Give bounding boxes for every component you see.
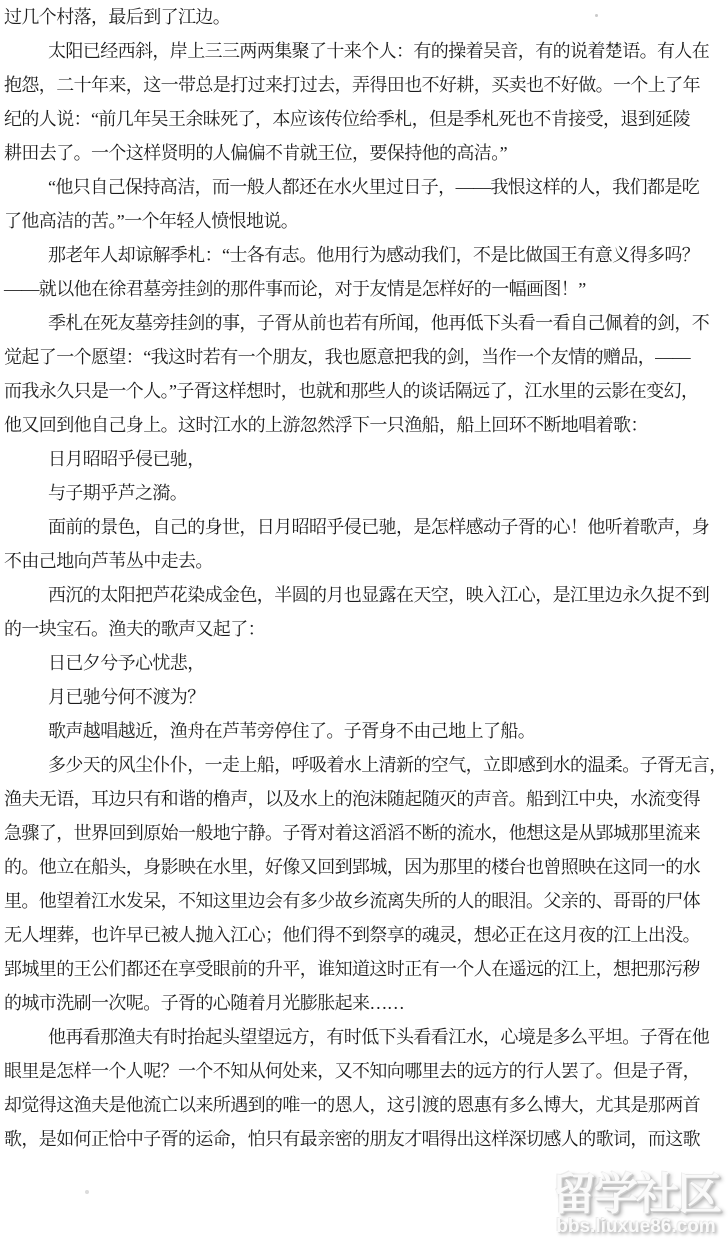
document-text: 过几个村落，最后到了江边。太阳已经西斜，岸上三三两两集聚了十来个人：有的操着吴音…: [4, 0, 728, 1156]
text-line: 了他高洁的苦。”一个年轻人愤恨地说。: [4, 204, 728, 238]
text-line: 的一块宝石。渔夫的歌声又起了：: [4, 612, 728, 646]
scan-speck: [595, 14, 598, 17]
text-line: 却觉得这渔夫是他流亡以来所遇到的唯一的恩人，这引渡的恩惠有多么博大，尤其是那两首: [4, 1088, 728, 1122]
text-line: 日月昭昭乎侵已驰，: [4, 442, 728, 476]
text-line: 里。他望着江水发呆，不知这里边会有多少故乡流离失所的人的眼泪。父亲的、哥哥的尸体: [4, 884, 728, 918]
text-line: 的城市洗刷一次呢。子胥的心随着月光膨胀起来……: [4, 986, 728, 1020]
text-line: 与子期乎芦之漪。: [4, 476, 728, 510]
text-line: 歌声越唱越近，渔舟在芦苇旁停住了。子胥身不由己地上了船。: [4, 714, 728, 748]
text-line: 太阳已经西斜，岸上三三两两集聚了十来个人：有的操着吴音，有的说着楚语。有人在: [4, 34, 728, 68]
text-line: 歌，是如何正恰中子胥的运命，怕只有最亲密的朋友才唱得出这样深切感人的歌词，而这歌: [4, 1122, 728, 1156]
text-line: 月已驰兮何不渡为？: [4, 680, 728, 714]
text-line: 抱怨，二十年来，这一带总是打过来打过去，弄得田也不好耕，买卖也不好做。一个上了年: [4, 68, 728, 102]
text-line: 的。他立在船头，身影映在水里，好像又回到郢城，因为那里的楼台也曾照映在这同一的水: [4, 850, 728, 884]
text-line: 耕田去了。一个这样贤明的人偏偏不肯就王位，要保持他的高洁。”: [4, 136, 728, 170]
text-line: 日已夕兮予心忧悲，: [4, 646, 728, 680]
text-line: 渔夫无语，耳边只有和谐的橹声，以及水上的泡沫随起随灭的声音。船到江中央，水流变得: [4, 782, 728, 816]
watermark-site-url: bbs.liuxue86.com: [552, 1216, 720, 1238]
text-line: 急骤了，世界回到原始一般地宁静。子胥对着这滔滔不断的流水，他想这是从郢城那里流来: [4, 816, 728, 850]
text-line: 面前的景色，自己的身世，日月昭昭乎侵已驰，是怎样感动子胥的心！他听着歌声，身: [4, 510, 728, 544]
text-line: 过几个村落，最后到了江边。: [4, 0, 728, 34]
watermark: 留学社区 bbs.liuxue86.com: [552, 1170, 720, 1238]
scanned-page: 过几个村落，最后到了江边。太阳已经西斜，岸上三三两两集聚了十来个人：有的操着吴音…: [0, 0, 728, 1242]
text-line: 多少天的风尘仆仆，一走上船，呼吸着水上清新的空气，立即感到水的温柔。子胥无言，: [4, 748, 728, 782]
text-line: “他只自己保持高洁，而一般人都还在水火里过日子，——我恨这样的人，我们都是吃: [4, 170, 728, 204]
text-line: 那老年人却谅解季札：“士各有志。他用行为感动我们，不是比做国王有意义得多吗？: [4, 238, 728, 272]
text-line: 不由己地向芦苇丛中走去。: [4, 544, 728, 578]
text-line: 季札在死友墓旁挂剑的事，子胥从前也若有所闻，他再低下头看一看自己佩着的剑，不: [4, 306, 728, 340]
text-line: 觉起了一个愿望：“我这时若有一个朋友，我也愿意把我的剑，当作一个友情的赠品，——: [4, 340, 728, 374]
text-line: 而我永久只是一个人。”子胥这样想时，也就和那些人的谈话隔远了，江水里的云影在变幻…: [4, 374, 728, 408]
watermark-site-name: 留学社区: [552, 1170, 720, 1220]
text-line: 他又回到他自己身上。这时江水的上游忽然浮下一只渔船，船上回环不断地唱着歌：: [4, 408, 728, 442]
scan-speck: [85, 1190, 89, 1194]
text-line: ——就以他在徐君墓旁挂剑的那件事而论，对于友情是怎样好的一幅画图！”: [4, 272, 728, 306]
text-line: 郢城里的王公们都还在享受眼前的升平，谁知道这时正有一个人在遥远的江上，想把那污秽: [4, 952, 728, 986]
text-line: 眼里是怎样一个人呢？一个不知从何处来，又不知向哪里去的远方的行人罢了。但是子胥，: [4, 1054, 728, 1088]
text-line: 他再看那渔夫有时抬起头望望远方，有时低下头看看江水，心境是多么平坦。子胥在他: [4, 1020, 728, 1054]
text-line: 纪的人说：“前几年吴王余昧死了，本应该传位给季札，但是季札死也不肯接受，退到延陵: [4, 102, 728, 136]
text-line: 西沉的太阳把芦花染成金色，半圆的月也显露在天空，映入江心，是江里边永久捉不到: [4, 578, 728, 612]
text-line: 无人埋葬，也许早已被人抛入江心；他们得不到祭享的魂灵，想必正在这月夜的江上出没。: [4, 918, 728, 952]
